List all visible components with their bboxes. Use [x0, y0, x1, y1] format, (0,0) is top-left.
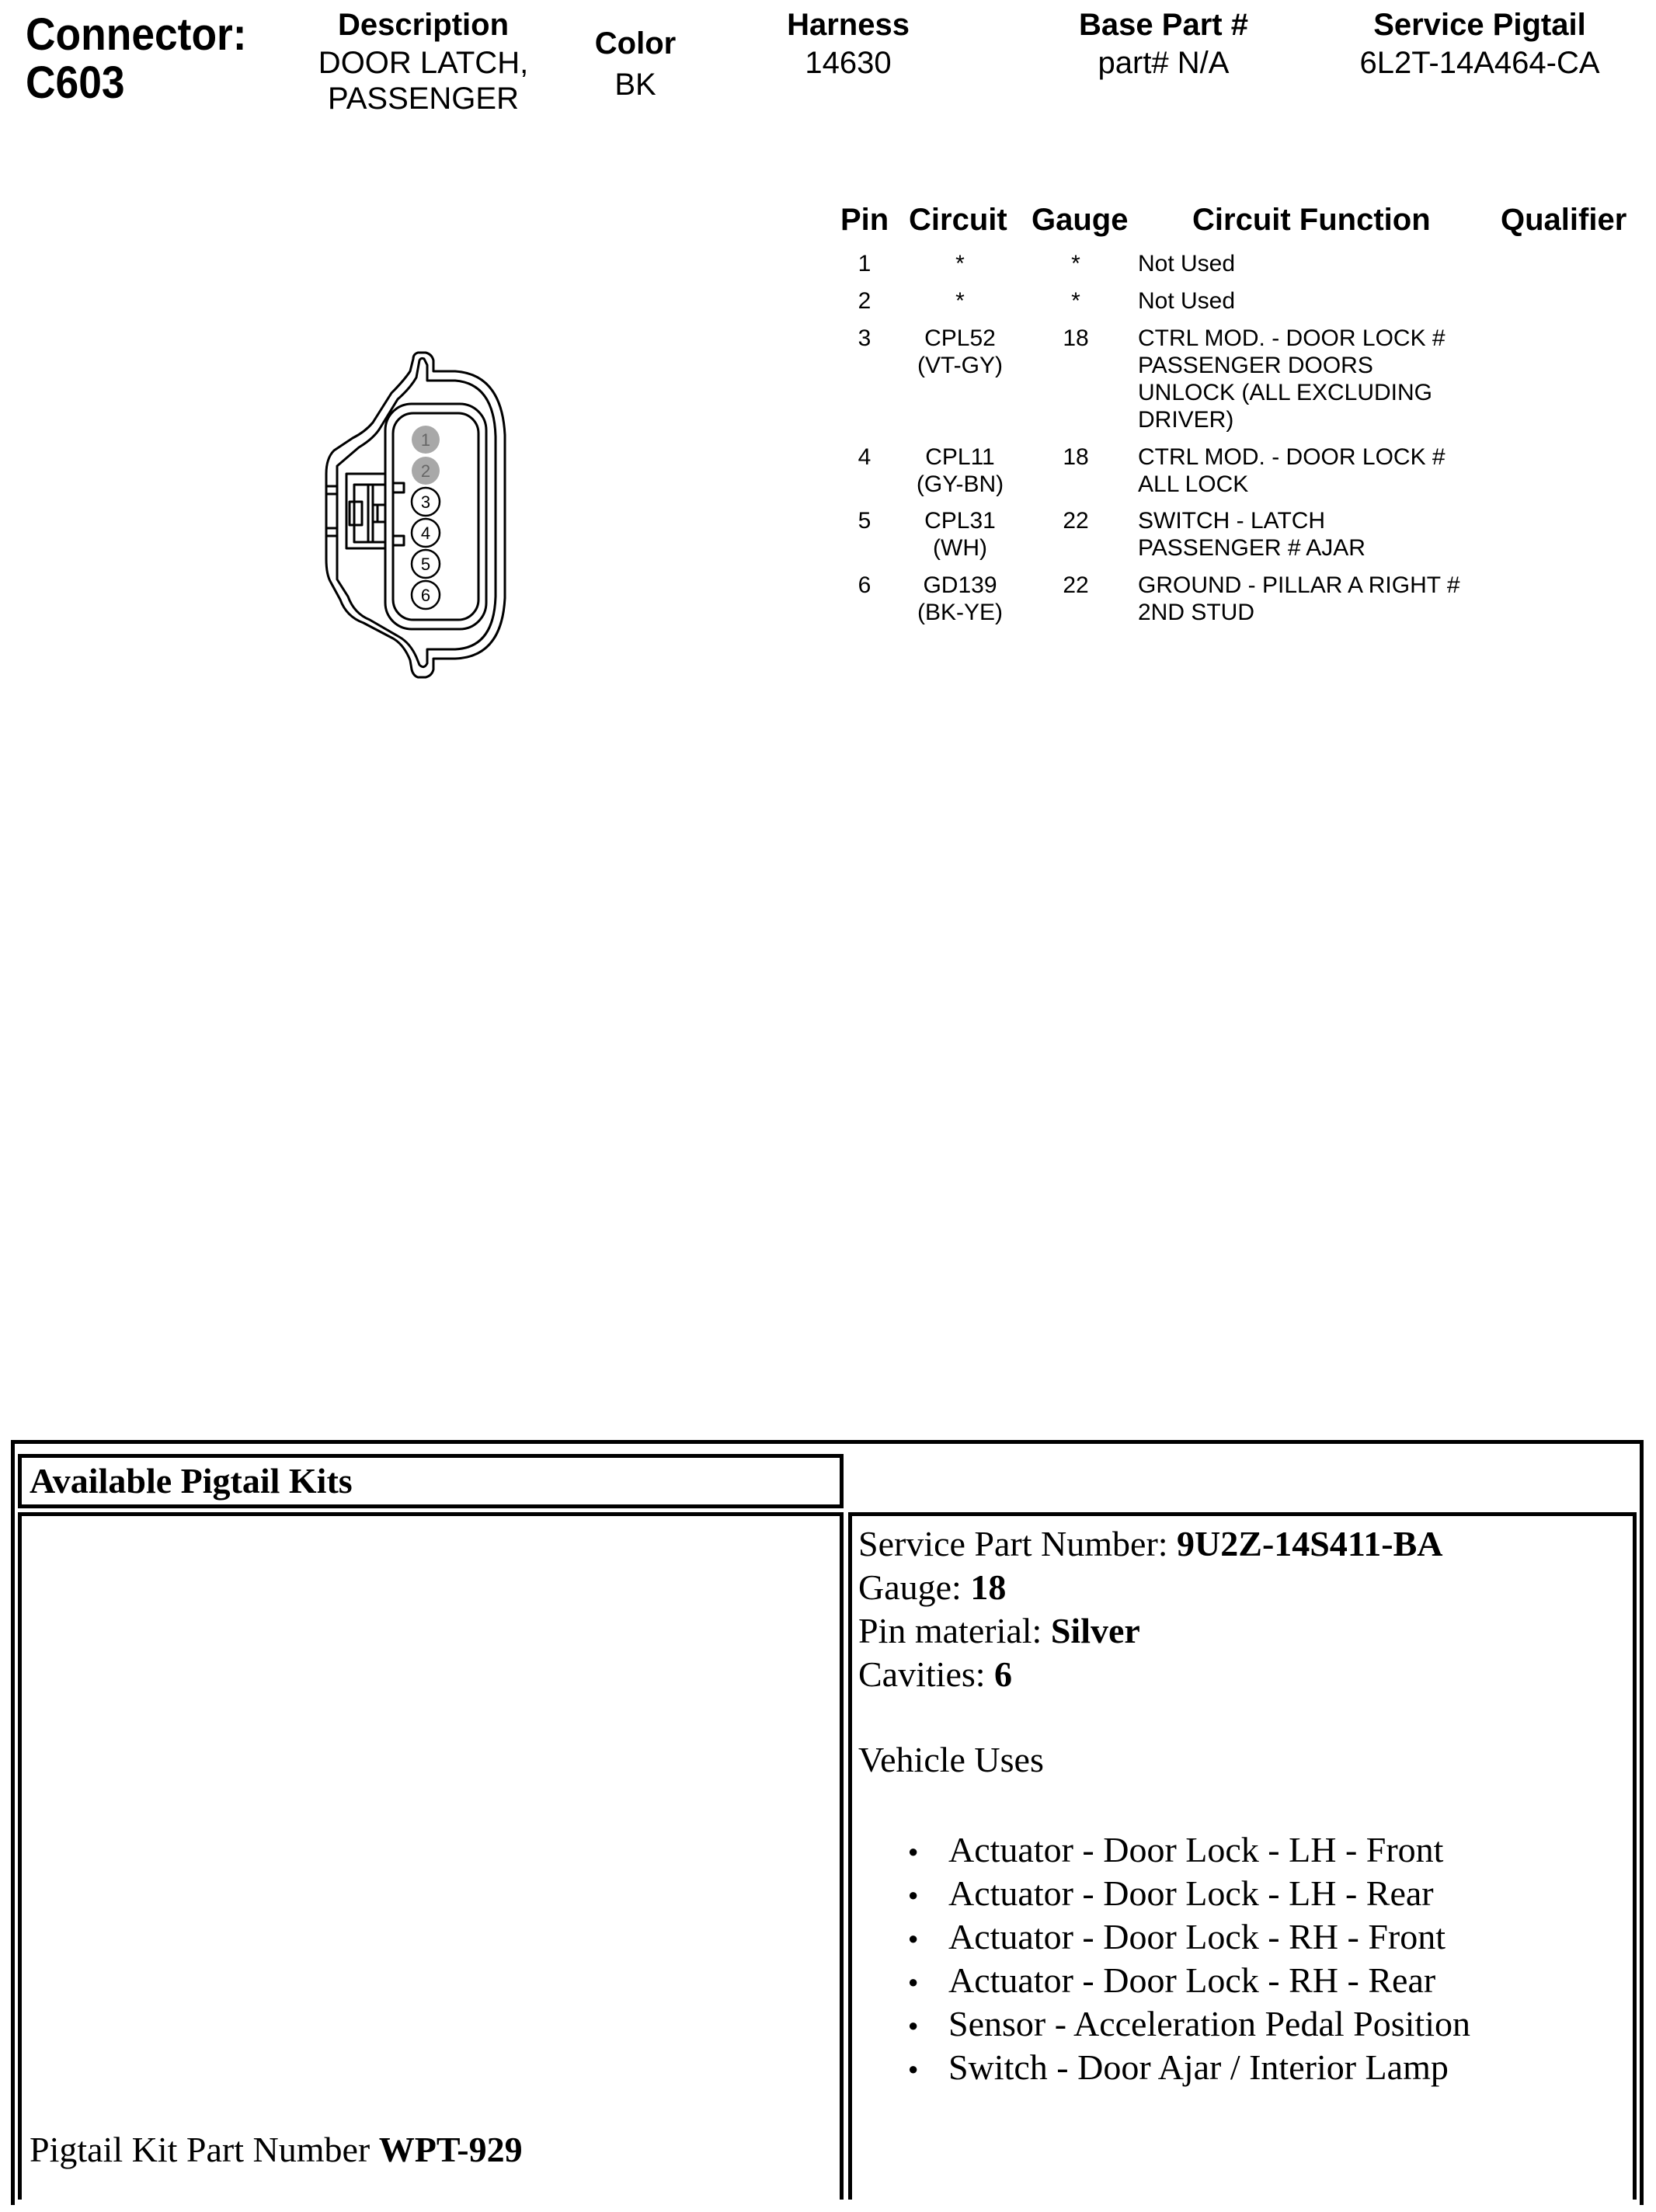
pin-number-label: 6: [421, 586, 430, 605]
header-color: Color BK: [595, 26, 676, 103]
detail-value: 18: [970, 1567, 1006, 1607]
pin-cell: 2: [841, 287, 888, 315]
pin-number-label: 1: [421, 430, 430, 450]
detail-label: Cavities:: [858, 1654, 986, 1694]
detail-value: 6: [994, 1654, 1012, 1694]
circuit-cell: CPL52(VT-GY): [902, 325, 1018, 379]
detail-label: Pin material:: [858, 1611, 1042, 1650]
pin-number-label: 4: [421, 523, 430, 543]
pin-number-label: 3: [421, 492, 430, 512]
service-pigtail-title: Service Pigtail: [1359, 8, 1599, 42]
gauge-cell: *: [1045, 250, 1107, 277]
header-service-pigtail: Service Pigtail 6L2T-14A464-CA: [1359, 8, 1599, 81]
connector-label: Connector:: [26, 11, 247, 59]
detail-label: Gauge:: [858, 1567, 962, 1607]
vehicle-use-item: Actuator - Door Lock - RH - Front: [948, 1915, 1633, 1959]
detail-cavities: Cavities: 6: [852, 1653, 1633, 1696]
circuit-col-header: Circuit: [909, 202, 1007, 238]
function-cell: CTRL MOD. - DOOR LOCK #ALL LOCK: [1138, 443, 1495, 498]
vehicle-use-item: Actuator - Door Lock - RH - Rear: [948, 1959, 1633, 2002]
circuit-cell: *: [902, 250, 1018, 277]
pin-cell: 3: [841, 325, 888, 352]
gauge-cell: 22: [1045, 572, 1107, 599]
circuit-cell: *: [902, 287, 1018, 315]
pin-cell: 1: [841, 250, 888, 277]
color-title: Color: [595, 26, 676, 61]
base-part-title: Base Part #: [1079, 8, 1248, 42]
connector-title: Connector: C603: [26, 11, 247, 107]
detail-value: 9U2Z-14S411-BA: [1177, 1524, 1442, 1563]
base-part-value: part# N/A: [1079, 45, 1248, 81]
header-description: Description DOOR LATCH, PASSENGER: [318, 8, 528, 117]
circuit-cell: CPL31(WH): [902, 507, 1018, 562]
gauge-cell: *: [1045, 287, 1107, 315]
vehicle-use-item: Actuator - Door Lock - LH - Front: [948, 1828, 1633, 1872]
color-value: BK: [595, 67, 676, 103]
kit-part-label: Pigtail Kit Part Number: [30, 2130, 370, 2169]
qualifier-col-header: Qualifier: [1501, 202, 1626, 238]
kit-part-value: WPT-929: [379, 2130, 523, 2169]
function-col-header: Circuit Function: [1192, 202, 1431, 238]
pin-col-header: Pin: [840, 202, 889, 238]
description-line-2: PASSENGER: [318, 81, 528, 117]
detail-service-part-number: Service Part Number: 9U2Z-14S411-BA: [852, 1522, 1633, 1566]
header-harness: Harness 14630: [787, 8, 910, 81]
connector-id: C603: [26, 59, 247, 107]
harness-title: Harness: [787, 8, 910, 42]
pigtail-kits-title: Available Pigtail Kits: [22, 1458, 840, 1504]
pigtail-kit-image-cell: Pigtail Kit Part Number WPT-929: [18, 1512, 844, 2200]
pin-number-label: 2: [421, 461, 430, 481]
function-cell: Not Used: [1138, 250, 1495, 277]
service-pigtail-value: 6L2T-14A464-CA: [1359, 45, 1599, 81]
function-cell: CTRL MOD. - DOOR LOCK #PASSENGER DOORSUN…: [1138, 325, 1495, 433]
gauge-cell: 22: [1045, 507, 1107, 534]
pin-cell: 4: [841, 443, 888, 471]
function-cell: SWITCH - LATCHPASSENGER # AJAR: [1138, 507, 1495, 562]
detail-label: Service Part Number:: [858, 1524, 1168, 1563]
vehicle-use-item: Switch - Door Ajar / Interior Lamp: [948, 2046, 1633, 2089]
circuit-cell: GD139(BK-YE): [902, 572, 1018, 626]
pin-number-label: 5: [421, 555, 430, 574]
vehicle-uses-list: Actuator - Door Lock - LH - FrontActuato…: [852, 1828, 1633, 2089]
harness-value: 14630: [787, 45, 910, 81]
pin-cell: 6: [841, 572, 888, 599]
circuit-cell: CPL11(GY-BN): [902, 443, 1018, 498]
function-cell: Not Used: [1138, 287, 1495, 315]
function-cell: GROUND - PILLAR A RIGHT #2ND STUD: [1138, 572, 1495, 626]
description-title: Description: [318, 8, 528, 42]
vehicle-use-item: Sensor - Acceleration Pedal Position: [948, 2002, 1633, 2046]
detail-pin-material: Pin material: Silver: [852, 1609, 1633, 1653]
pigtail-kit-part-number: Pigtail Kit Part Number WPT-929: [30, 2128, 523, 2172]
connector-face-diagram: 123456: [318, 350, 520, 683]
vehicle-uses-heading: Vehicle Uses: [852, 1738, 1633, 1782]
detail-gauge: Gauge: 18: [852, 1566, 1633, 1609]
header-base-part: Base Part # part# N/A: [1079, 8, 1248, 81]
gauge-col-header: Gauge: [1032, 202, 1128, 238]
vehicle-use-item: Actuator - Door Lock - LH - Rear: [948, 1872, 1633, 1915]
pin-cavities: 123456: [412, 426, 440, 609]
gauge-cell: 18: [1045, 325, 1107, 352]
pin-cell: 5: [841, 507, 888, 534]
pigtail-kit-details-cell: Service Part Number: 9U2Z-14S411-BA Gaug…: [848, 1512, 1637, 2200]
description-line-1: DOOR LATCH,: [318, 45, 528, 81]
detail-value: Silver: [1051, 1611, 1140, 1650]
gauge-cell: 18: [1045, 443, 1107, 471]
pigtail-kits-header-cell: Available Pigtail Kits: [18, 1454, 844, 1508]
